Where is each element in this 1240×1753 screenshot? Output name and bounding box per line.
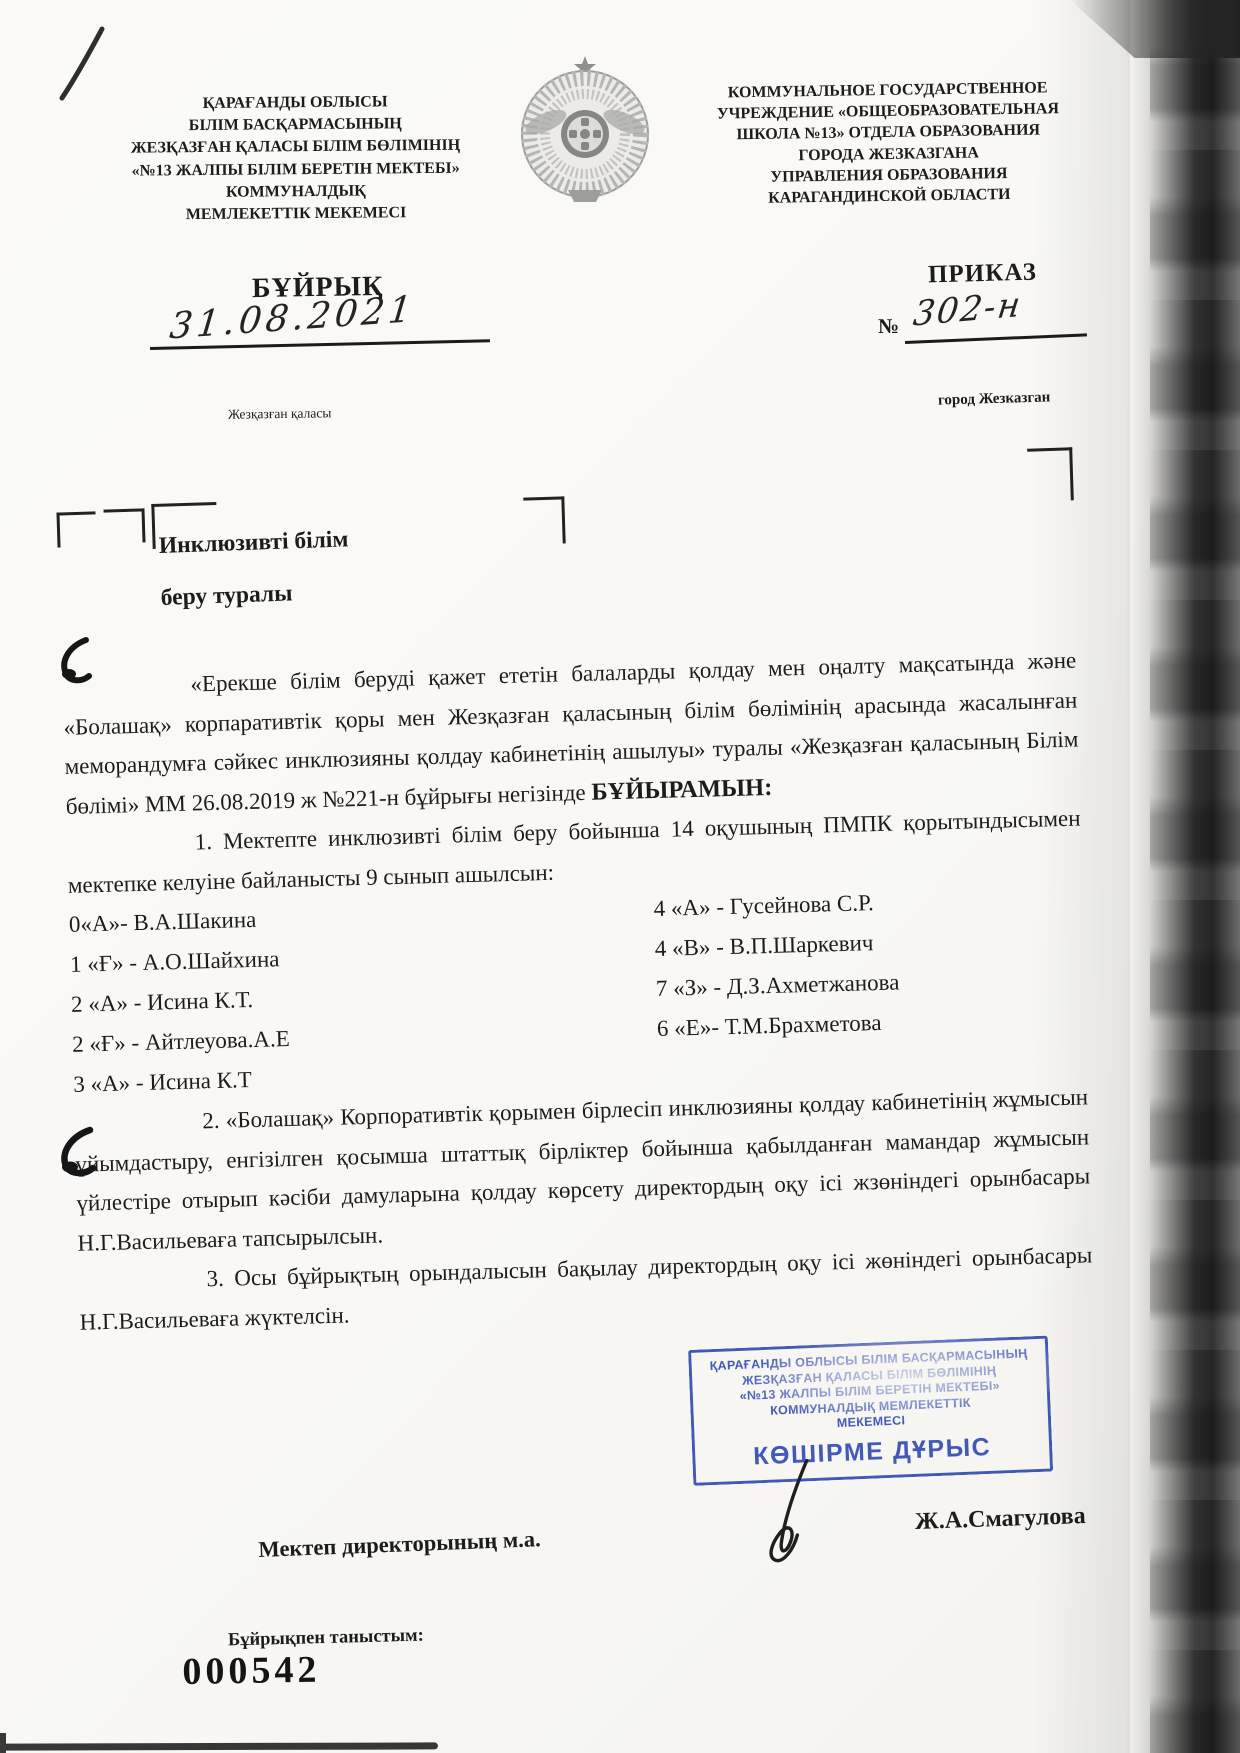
- org-kk-line: ЖЕЗҚАЗҒАН ҚАЛАСЫ БІЛІМ БӨЛІМІНІҢ: [85, 135, 505, 161]
- pen-slash-mark: [54, 26, 118, 104]
- scanned-order-page: ҚАРАҒАНДЫ ОБЛЫСЫ БІЛІМ БАСҚАРМАСЫНЫҢ ЖЕЗ…: [0, 0, 1240, 1753]
- class-assignment-list: 0«А»- В.А.Шакина 1 «Ғ» - А.О.Шайхина 2 «…: [68, 877, 1087, 1104]
- subject-line-1: Инклюзивті білім: [158, 513, 349, 572]
- copy-certification-stamp: ҚАРАҒАНДЫ ОБЛЫСЫ БІЛІМ БАСҚАРМАСЫНЫҢ ЖЕЗ…: [688, 1336, 1053, 1486]
- scan-bottom-streak: [0, 1742, 438, 1750]
- org-kk-line: МЕМЛЕКЕТТІК МЕКЕМЕСІ: [86, 201, 506, 227]
- class-list-left-column: 0«А»- В.А.Шакина 1 «Ғ» - А.О.Шайхина 2 «…: [68, 889, 658, 1105]
- corner-mark: [103, 508, 145, 543]
- class-list-right-column: 4 «А» - Гусейнова С.Р. 4 «В» - В.П.Шарке…: [653, 877, 1087, 1089]
- director-signature: [748, 1458, 844, 1566]
- corner-mark: [56, 511, 96, 547]
- handwritten-order-number: 302-н: [911, 285, 1024, 335]
- preamble-text: «Ерекше білім беруді қажет ететін балала…: [63, 648, 1078, 819]
- org-name-russian: КОММУНАЛЬНОЕ ГОСУДАРСТВЕННОЕ УЧРЕЖДЕНИЕ …: [690, 77, 1087, 210]
- org-name-kazakh: ҚАРАҒАНДЫ ОБЛЫСЫ БІЛІМ БАСҚАРМАСЫНЫҢ ЖЕЗ…: [85, 90, 506, 227]
- order-number-label: №: [878, 314, 899, 339]
- scan-bottom-corner-mark: [0, 1733, 6, 1753]
- ink-smudge: [56, 1126, 102, 1178]
- acknowledgement-label: Бұйрықпен таныстым:: [228, 1626, 424, 1652]
- place-kazakh: Жезқазған қаласы: [228, 405, 332, 422]
- corner-mark: [523, 496, 565, 544]
- signer-title: Мектеп директорының м.а.: [258, 1526, 541, 1563]
- resolve-word: БҰЙЫРАМЫН:: [591, 773, 773, 805]
- handwritten-order-date: 31.08.2021: [168, 289, 418, 348]
- order-subject: Инклюзивті білім беру туралы: [158, 513, 351, 624]
- scan-edge-mottling: [1150, 0, 1240, 1753]
- org-kk-line: «№13 ЖАЛПЫ БІЛІМ БЕРЕТІН МЕКТЕБІ»: [86, 157, 506, 183]
- kazakhstan-emblem-icon: [512, 52, 658, 204]
- subject-line-2: беру туралы: [160, 565, 351, 624]
- ink-smudge: [56, 636, 96, 684]
- preamble-paragraph: «Ерекше білім беруді қажет ететін балала…: [62, 641, 1080, 826]
- order-body: «Ерекше білім беруді қажет ететін балала…: [62, 641, 1094, 1342]
- item-2-paragraph: 2. «Болашақ» Корпоративтік қорымен бірле…: [74, 1077, 1092, 1262]
- serial-number-stamp: 000542: [182, 1648, 321, 1694]
- page-curl-shadow: [1030, 0, 1130, 1753]
